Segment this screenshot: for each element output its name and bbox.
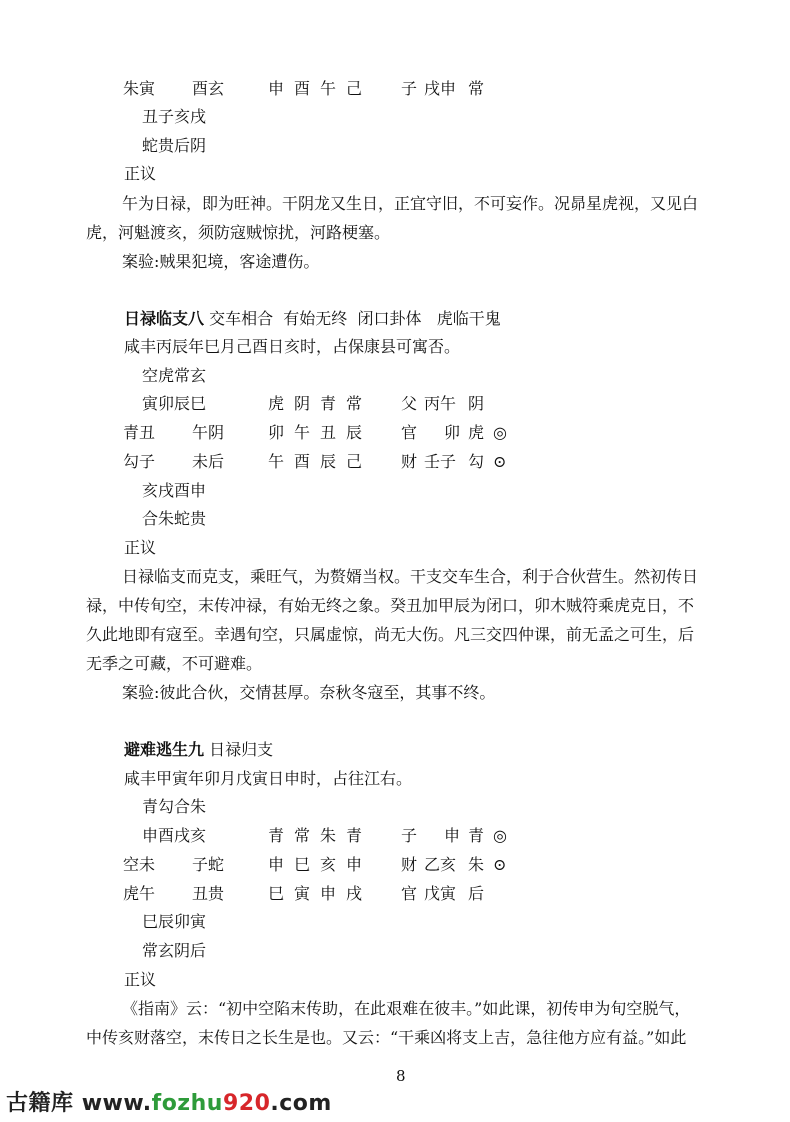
paragraph-line: 虎，河魁渡亥，须防寇贼惊扰，河路梗塞。 (86, 223, 390, 243)
sanchuan-jiang: 虎 (468, 423, 484, 443)
watermark: 古籍库 www.fozhu920.com (6, 1086, 332, 1117)
page-number: 8 (396, 1067, 406, 1085)
dipan-right: 午阴 (192, 423, 224, 443)
case-verification: 案验:贼果犯境，客途遭伤。 (122, 252, 319, 272)
section-heading: 避难逃生九 日禄归支 (124, 740, 273, 760)
sike-row: 申巳亥申 (268, 855, 372, 875)
case-verification: 案验:彼此合伙，交情甚厚。奈秋冬寇至，其事不终。 (122, 683, 495, 703)
sike-left-2: 酉玄 (192, 79, 224, 99)
paragraph-line: 禄，中传旬空，末传冲禄，有始无终之象。癸丑加甲辰为闭口，卯木贼符乘虎克日，不 (86, 596, 694, 616)
paragraph-line: 久此地即有寇至。幸遇旬空，只属虚惊，尚无大伤。凡三交四仲课，前无孟之可生，后 (86, 625, 694, 645)
tianjiang-top-line: 青勾合朱 (142, 797, 206, 817)
dipan-right: 丑贵 (192, 884, 224, 904)
tianpan-bottom-line: 巳辰卯寅 (142, 912, 206, 932)
paragraph-line: 无季之可藏，不可避难。 (86, 654, 262, 674)
sike-mid: 申酉午己 (268, 79, 372, 99)
zhengyi-label: 正议 (124, 164, 156, 184)
sike-row: 卯午丑辰 (268, 423, 372, 443)
sanchuan-jiang: 青 (468, 826, 484, 846)
double-circle-icon: ◎ (493, 423, 507, 443)
dipan-left: 空未 (123, 855, 155, 875)
zhengyi-label: 正议 (124, 538, 156, 558)
sanchuan-c2: 戌申 (424, 79, 456, 99)
paragraph-line: 日禄临支而克支，乘旺气，为赘婿当权。干支交车生合，利于合伙营生。然初传日 (122, 567, 698, 587)
sike-row: 巳寅申戌 (268, 884, 372, 904)
sanchuan-relation: 官 (401, 884, 417, 904)
section-subtitle: 日禄归支 (209, 740, 273, 759)
watermark-cn: 古籍库 (6, 1091, 74, 1116)
tianpan-top-line: 寅卯辰巳 (142, 394, 206, 414)
tianjiang-bottom-line: 合朱蛇贵 (142, 509, 206, 529)
sanchuan-ganzhi: 申 (444, 826, 460, 846)
divination-intro: 咸丰丙辰年巳月己酉日亥时，占保康县可寓否。 (124, 337, 460, 357)
section-title: 避难逃生九 (124, 740, 204, 759)
section-heading: 日禄临支八 交车相合 有始无终 闭口卦体 虎临干鬼 (124, 309, 501, 329)
tianpan-top-line: 申酉戌亥 (142, 826, 206, 846)
sanchuan-c1: 子 (401, 79, 417, 99)
dipan-right: 未后 (192, 452, 224, 472)
sanchuan-jiang: 阴 (468, 394, 484, 414)
sanchuan-c3: 常 (468, 79, 484, 99)
sanchuan-relation: 子 (401, 826, 417, 846)
sanchuan-jiang: 勾 (468, 452, 484, 472)
paragraph-line: 午为日禄，即为旺神。干阴龙又生日，正宜守旧，不可妄作。况昴星虎视，又见白 (122, 194, 698, 214)
sanchuan-relation: 财 (401, 855, 417, 875)
sanchuan-ganzhi: 戊寅 (424, 884, 456, 904)
tianpan-line: 丑子亥戌 (142, 107, 206, 127)
sanchuan-relation: 父 (401, 394, 417, 414)
zhengyi-label: 正议 (124, 970, 156, 990)
sanchuan-ganzhi: 卯 (444, 423, 460, 443)
sike-top: 虎阴青常 (268, 394, 372, 414)
paragraph-line: 中传亥财落空，末传日之长生是也。又云：“干乘凶将支上吉，急往他方应有益。”如此 (86, 1028, 686, 1048)
sike-top: 青常朱青 (268, 826, 372, 846)
paragraph-line: 《指南》云：“初中空陷末传助，在此艰难在彼丰。”如此课，初传申为旬空脱气， (122, 999, 690, 1019)
sanchuan-jiang: 朱 (468, 855, 484, 875)
sike-row: 午酉辰己 (268, 452, 372, 472)
document-page: 朱寅 酉玄 申酉午己 子 戌申 常 丑子亥戌 蛇贵后阴 正议 午为日禄，即为旺神… (0, 0, 790, 1122)
dot-circle-icon: ⊙ (493, 452, 506, 472)
dipan-left: 虎午 (123, 884, 155, 904)
sike-left-1: 朱寅 (123, 79, 155, 99)
sanchuan-ganzhi: 丙午 (424, 394, 456, 414)
watermark-url: www.fozhu920.com (82, 1091, 332, 1116)
sanchuan-relation: 财 (401, 452, 417, 472)
tianjiang-line: 蛇贵后阴 (142, 136, 206, 156)
sanchuan-ganzhi: 壬子 (424, 452, 456, 472)
tianpan-bottom-line: 亥戌酉申 (142, 481, 206, 501)
tianjiang-top-line: 空虎常玄 (142, 366, 206, 386)
sanchuan-ganzhi: 乙亥 (424, 855, 456, 875)
divination-intro: 咸丰甲寅年卯月戊寅日申时，占往江右。 (124, 769, 412, 789)
dipan-left: 青丑 (123, 423, 155, 443)
tianjiang-bottom-line: 常玄阴后 (142, 941, 206, 961)
dot-circle-icon: ⊙ (493, 855, 506, 875)
sanchuan-relation: 官 (401, 423, 417, 443)
section-subtitle: 交车相合 有始无终 闭口卦体 虎临干鬼 (209, 309, 501, 328)
double-circle-icon: ◎ (493, 826, 507, 846)
sanchuan-jiang: 后 (468, 884, 484, 904)
section-title: 日禄临支八 (124, 309, 204, 328)
dipan-left: 勾子 (123, 452, 155, 472)
dipan-right: 子蛇 (192, 855, 224, 875)
